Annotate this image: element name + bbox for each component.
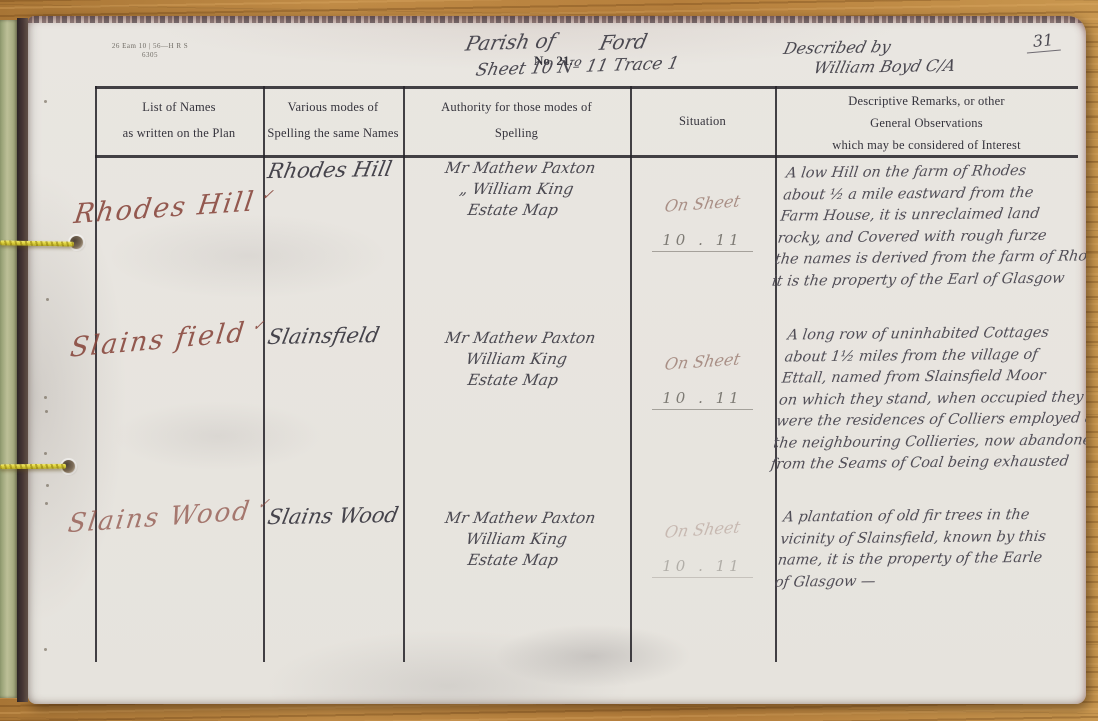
- table-left-rule: [95, 86, 97, 662]
- namebook-page: 26 Eam 10 | 56—H R S 6305 Parish of Ford…: [28, 16, 1086, 704]
- row2-authority-line3: Estate Map: [397, 370, 628, 391]
- row3-remarks-line3: name, it is the property of the Earle: [776, 547, 1085, 572]
- binding-dot: [46, 298, 49, 301]
- binding-dot: [44, 452, 47, 455]
- header-remarks-line2: General Observations: [775, 112, 1078, 134]
- header-spelling-line1: Various modes of: [263, 94, 403, 120]
- row2-situation: On Sheet 10 . 11: [630, 352, 775, 408]
- stamp-line-1: 26 Eam 10 | 56—H R S: [90, 42, 210, 51]
- row1-situation-number: 10 . 11: [652, 231, 752, 252]
- row1-situation: On Sheet 10 . 11: [630, 194, 775, 250]
- row3-authority-line1: Mr Mathew Paxton: [405, 508, 636, 529]
- row3-situation-number: 10 . 11: [652, 557, 752, 578]
- row1-authority: Mr Mathew Paxton „ William King Estate M…: [397, 158, 635, 221]
- binding-dot: [46, 484, 49, 487]
- row1-situation-sheet: On Sheet: [628, 189, 776, 218]
- row1-spelling: Rhodes Hill: [266, 157, 394, 183]
- row2-authority: Mr Mathew Paxton William King Estate Map: [397, 328, 635, 391]
- parish-name: Ford: [597, 29, 649, 55]
- row1-name-text: Rhodes Hill: [72, 186, 257, 230]
- header-authority-line1: Authority for those modes of: [403, 94, 630, 120]
- row3-spelling: Slains Wood: [266, 503, 401, 529]
- binding-dot: [44, 396, 47, 399]
- row1-remarks-line1: A low Hill on the farm of Rhodes: [785, 160, 1086, 185]
- row2-remarks-line5: were the residences of Colliers employed…: [775, 408, 1084, 433]
- table-top-rule: [95, 86, 1078, 89]
- row3-authority-line3: Estate Map: [397, 550, 628, 571]
- header-spelling-line2: Spelling the same Names: [263, 120, 403, 146]
- row3-plan-name: Slains Wood✓: [66, 495, 273, 540]
- header-names-line2: as written on the Plan: [95, 120, 263, 146]
- desk-surface: 26 Eam 10 | 56—H R S 6305 Parish of Ford…: [0, 0, 1098, 721]
- binding-dot: [45, 502, 48, 505]
- binding-dot: [44, 648, 47, 651]
- header-authority-line2: Spelling: [403, 120, 630, 146]
- row2-check-mark: ✓: [252, 317, 268, 334]
- row3-situation: On Sheet 10 . 11: [630, 520, 775, 576]
- row1-check-mark: ✓: [261, 187, 277, 204]
- row1-plan-name: Rhodes Hill✓: [72, 185, 277, 230]
- header-remarks-line3: which may be considered of Interest: [775, 134, 1078, 156]
- row2-plan-name: Slains field✓: [68, 315, 267, 364]
- header-remarks-line1: Descriptive Remarks, or other: [775, 90, 1078, 112]
- row3-remarks-line4: of Glasgow —: [773, 569, 1082, 594]
- row1-authority-line2: „ William King: [401, 179, 632, 200]
- header-names-line1: List of Names: [95, 94, 263, 120]
- header-remarks: Descriptive Remarks, or other General Ob…: [775, 90, 1078, 156]
- row3-situation-sheet: On Sheet: [628, 515, 776, 544]
- row3-authority: Mr Mathew Paxton William King Estate Map: [397, 508, 635, 571]
- row2-remarks: A long row of uninhabited Cottages about…: [769, 322, 1086, 476]
- row2-authority-line2: William King: [401, 349, 632, 370]
- row1-remarks: A low Hill on the farm of Rhodes about ½…: [771, 160, 1086, 292]
- row1-authority-line1: Mr Mathew Paxton: [405, 158, 636, 179]
- col-divider-1: [263, 86, 265, 662]
- header-names: List of Names as written on the Plan: [95, 94, 263, 146]
- stamp-line-2: 6305: [90, 51, 210, 60]
- page-stack-edge: [0, 20, 18, 698]
- parish-prefix: Parish of: [463, 28, 557, 55]
- row2-situation-number: 10 . 11: [652, 389, 752, 410]
- binding-dot: [45, 410, 48, 413]
- sheet-trace-line: Sheet 10 Nº 11 Trace 1: [474, 53, 681, 80]
- binding-string-bottom: [0, 464, 66, 470]
- row3-remarks: A plantation of old fir trees in the vic…: [773, 504, 1086, 593]
- describer-name: William Boyd C/A: [812, 56, 958, 78]
- row2-authority-line1: Mr Mathew Paxton: [405, 328, 636, 349]
- binding-shadow: [17, 18, 28, 702]
- header-authority: Authority for those modes of Spelling: [403, 94, 630, 146]
- printers-stamp: 26 Eam 10 | 56—H R S 6305: [90, 42, 210, 60]
- row1-remarks-line5: the names is derived from the farm of Rh…: [773, 246, 1082, 271]
- row2-situation-sheet: On Sheet: [628, 347, 776, 376]
- row2-remarks-line1: A long row of uninhabited Cottages: [786, 322, 1086, 347]
- row3-authority-line2: William King: [401, 529, 632, 550]
- binding-dot: [44, 100, 47, 103]
- row2-remarks-line3: Ettall, named from Slainsfield Moor: [780, 365, 1086, 390]
- row1-remarks-line6: it is the property of the Earl of Glasgo…: [771, 268, 1080, 293]
- row2-remarks-line7: from the Seams of Coal being exhausted: [769, 451, 1078, 476]
- header-situation-line1: Situation: [630, 108, 775, 134]
- row2-spelling: Slainsfield: [266, 323, 382, 349]
- row1-authority-line3: Estate Map: [397, 200, 628, 221]
- header-situation: Situation: [630, 108, 775, 134]
- described-by-label: Described by: [782, 37, 893, 58]
- header-spelling: Various modes of Spelling the same Names: [263, 94, 403, 146]
- row2-remarks-line2: about 1½ miles from the village of: [783, 344, 1086, 369]
- page-number: 31: [1025, 30, 1061, 54]
